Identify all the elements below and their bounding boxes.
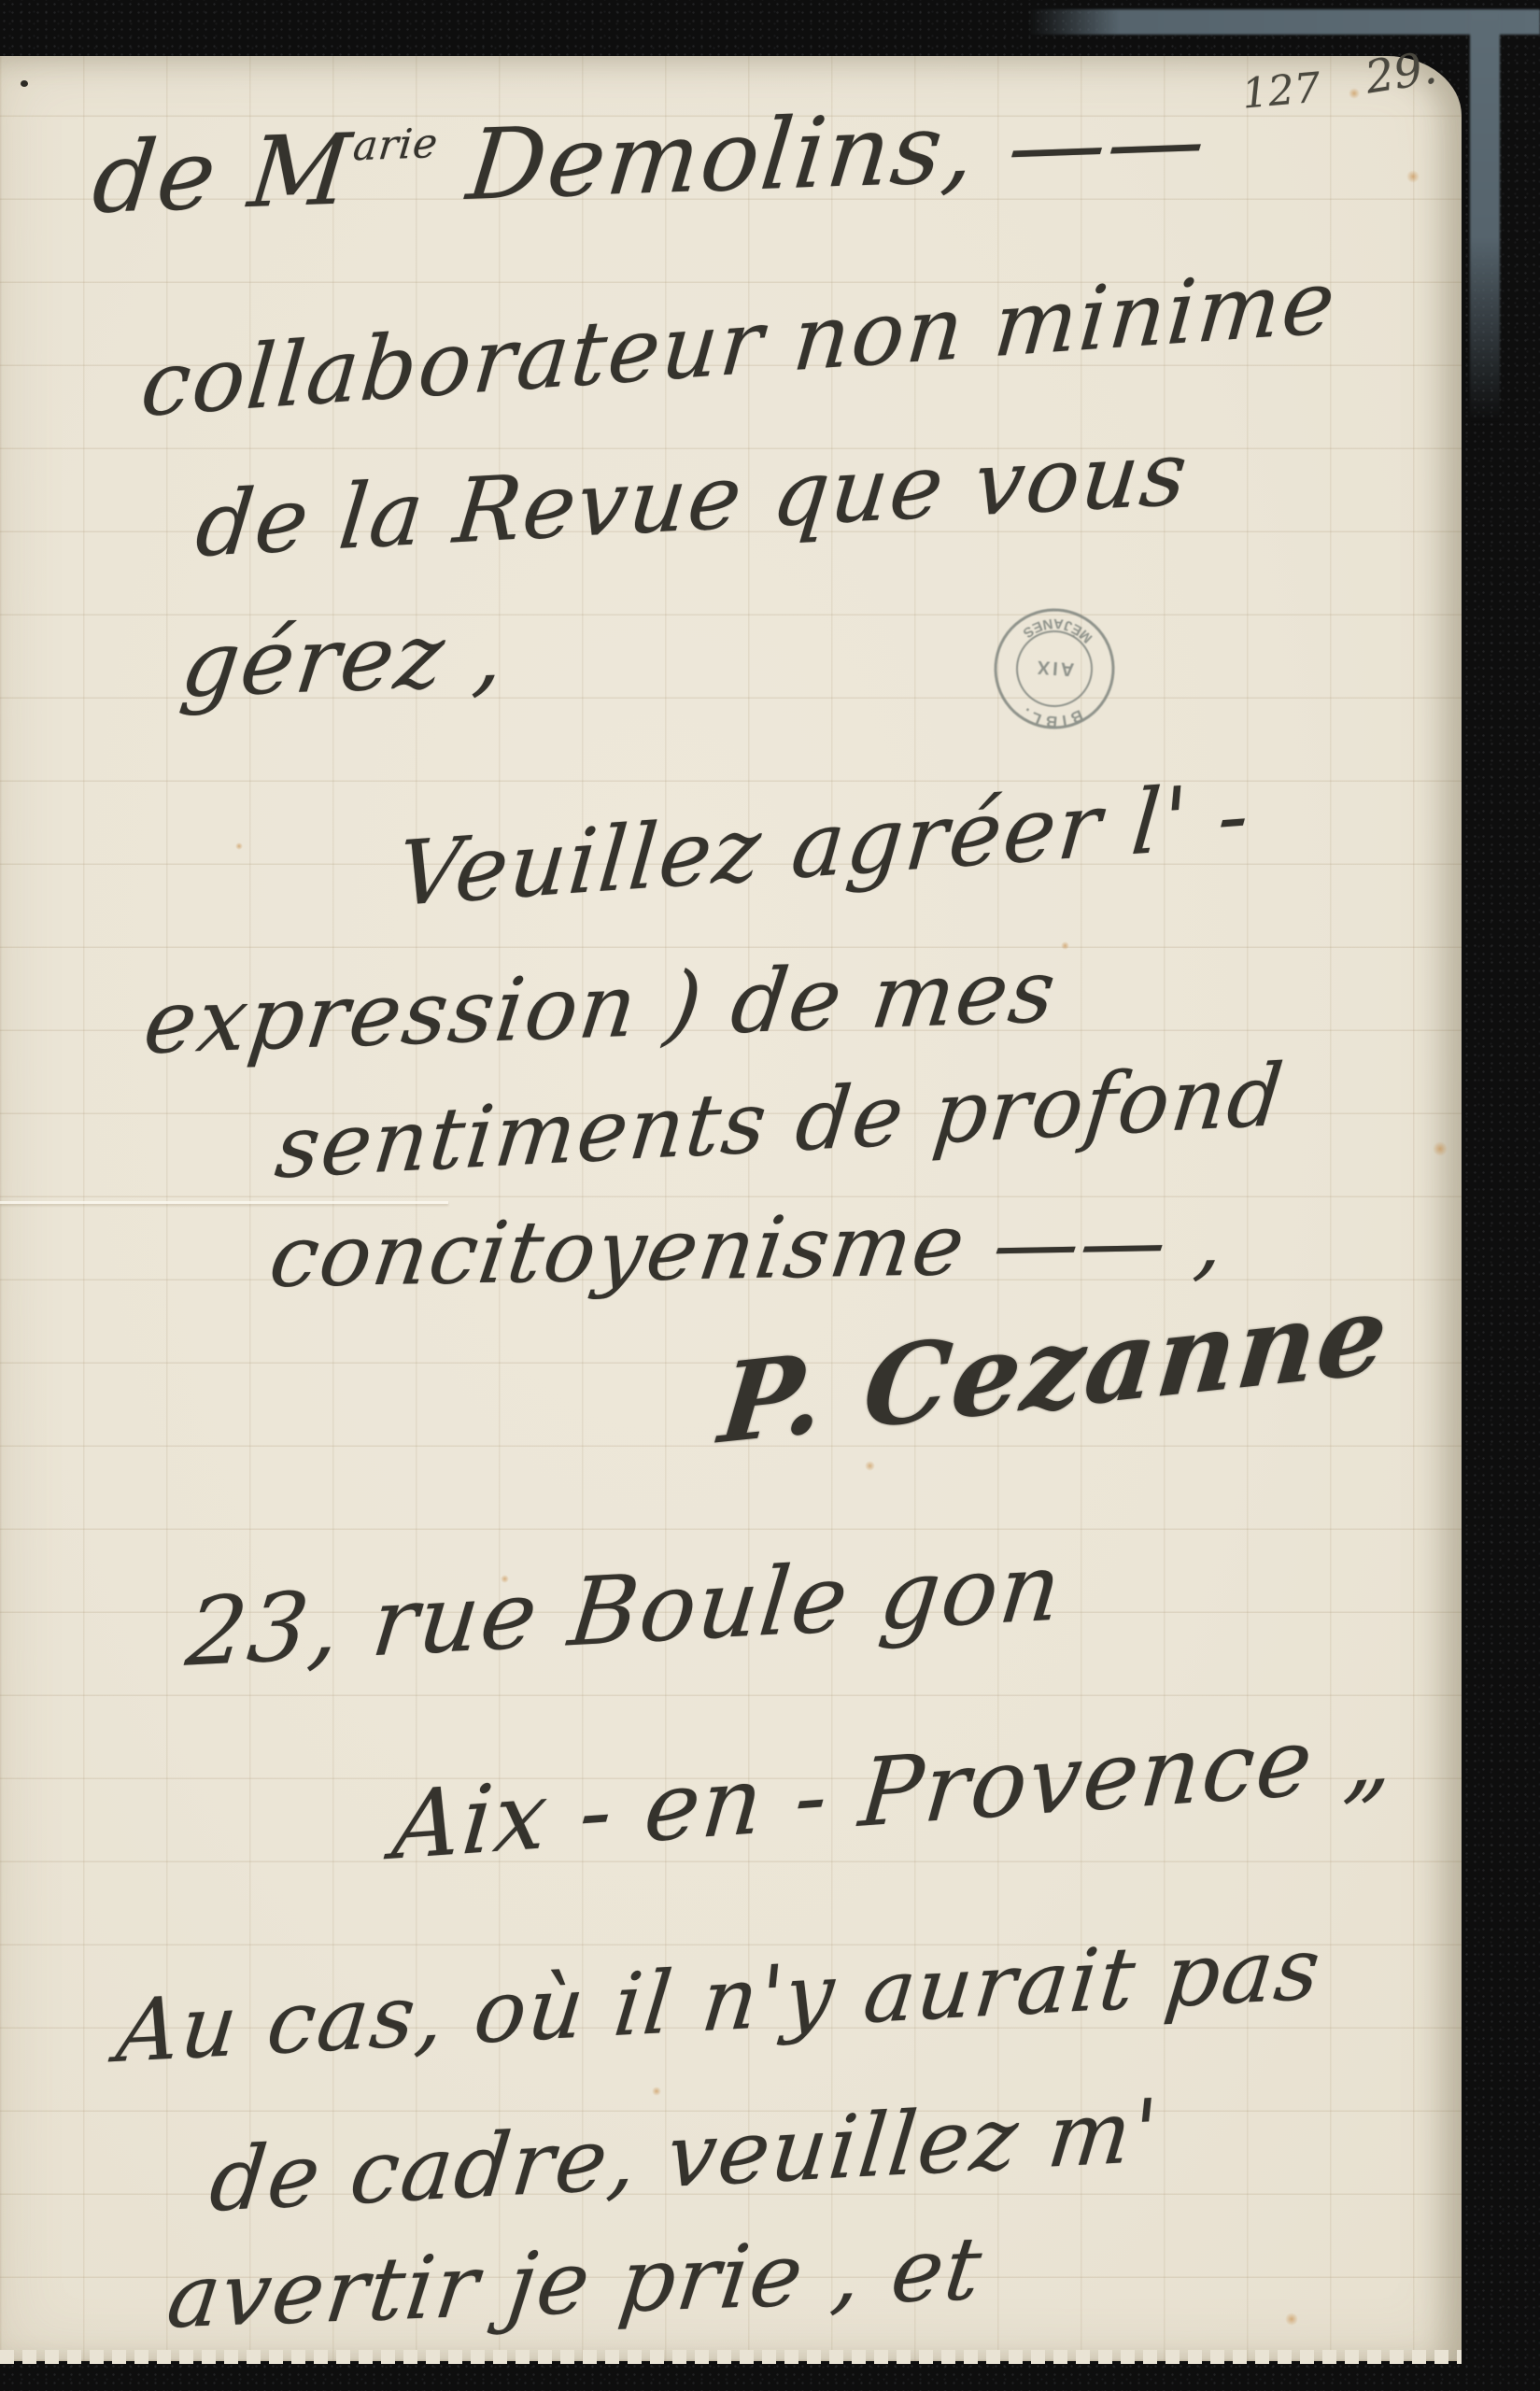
mount-edge-top [1027, 9, 1540, 35]
handwritten-line-4: gérez , [177, 609, 511, 711]
line1-superscript: arie [351, 120, 441, 170]
handwritten-line-8: concitoyenisme —— , [265, 1198, 1232, 1300]
folio-number-right: 29. [1363, 45, 1440, 100]
foxing-spot [235, 842, 243, 850]
foxing-spot [501, 1575, 509, 1583]
foxing-spot [652, 2087, 661, 2096]
mount-edge-right [1470, 11, 1500, 422]
foxing-spot [1406, 170, 1420, 183]
stamp-text-center: AIX [1034, 657, 1075, 680]
torn-bottom-edge [0, 2350, 1462, 2364]
foxing-spot [1433, 1141, 1448, 1156]
foxing-spot [1349, 88, 1360, 99]
paper-crease [0, 1201, 448, 1204]
library-stamp: BIBL. MÉJANES AIX [983, 598, 1125, 740]
foxing-spot [1285, 2313, 1298, 2326]
scanned-letter-page: 127 29. de Marie Demolins, —— collaborat… [0, 0, 1540, 2391]
ink-dot [21, 80, 28, 87]
folio-number-left: 127 [1240, 67, 1321, 115]
foxing-spot [865, 1461, 875, 1471]
line1-prefix: de M [88, 112, 357, 235]
foxing-spot [1061, 941, 1069, 950]
